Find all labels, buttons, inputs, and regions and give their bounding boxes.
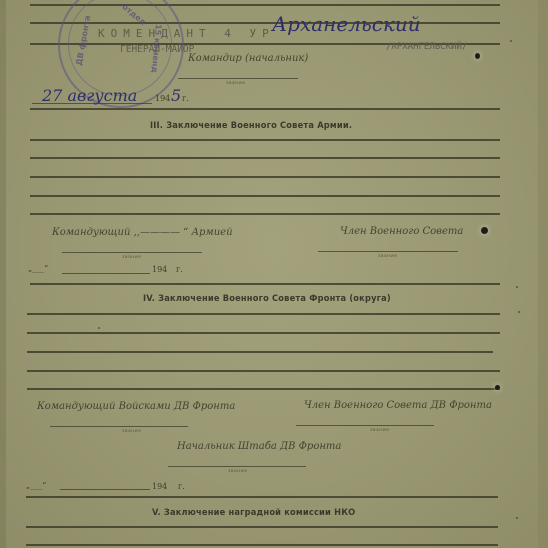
date-year-digit: 5 bbox=[171, 86, 181, 105]
commander-role-label: Командир (начальник) bbox=[188, 53, 308, 64]
rank-caption: звание bbox=[228, 469, 247, 474]
commander-signature: Арханельский bbox=[272, 12, 421, 36]
rank-caption: звание bbox=[122, 255, 141, 260]
signature-line bbox=[50, 426, 188, 427]
form-line bbox=[26, 526, 498, 528]
paper-speck bbox=[516, 286, 518, 288]
date-placeholder: „___“ bbox=[28, 264, 48, 273]
paper-speck bbox=[516, 517, 518, 519]
army-commander-label: Командующий ,,———— “ Армией bbox=[52, 227, 233, 238]
signature-line bbox=[62, 252, 202, 253]
form-line bbox=[26, 496, 498, 498]
form-line bbox=[30, 195, 500, 197]
form-line bbox=[27, 388, 500, 390]
signature-line bbox=[168, 466, 306, 467]
form-line bbox=[27, 351, 493, 353]
form-line bbox=[30, 157, 500, 159]
signature-line bbox=[296, 425, 434, 426]
form-line bbox=[27, 370, 500, 372]
date-line bbox=[60, 489, 150, 490]
form-line bbox=[30, 108, 500, 110]
date-line bbox=[62, 273, 150, 274]
typed-rank: ГЕНЕРАЛ-МАЙОР bbox=[120, 44, 194, 55]
page-edge-left bbox=[0, 0, 6, 548]
army-council-member-label: Член Военного Совета bbox=[340, 226, 463, 237]
date-line bbox=[32, 103, 152, 104]
date-year: 194 bbox=[152, 265, 167, 274]
form-line bbox=[30, 283, 500, 285]
rank-caption: звание bbox=[122, 429, 141, 434]
form-line bbox=[30, 213, 500, 215]
signature-line bbox=[318, 251, 458, 252]
award-sheet-page: ДВ фронта 15 коменд отдел КОМЕНДАНТ 4 УР… bbox=[0, 0, 548, 548]
paper-speck bbox=[98, 327, 100, 329]
front-chief-of-staff-label: Начальник Штаба ДВ Фронта bbox=[177, 441, 341, 452]
date-placeholder: „___“ bbox=[26, 481, 46, 490]
date-suffix: г. bbox=[176, 265, 183, 274]
section-3-heading: III. Заключение Военного Совета Армии. bbox=[150, 121, 352, 131]
paper-hole bbox=[495, 385, 500, 390]
typed-surname: /АРХАНГЕЛЬСКИЙ/ bbox=[386, 42, 467, 52]
date-suffix: г. bbox=[182, 94, 189, 103]
typed-position: КОМЕНДАНТ 4 УР bbox=[98, 27, 275, 40]
date-suffix: г. bbox=[178, 482, 185, 491]
form-line bbox=[27, 332, 500, 334]
form-line bbox=[27, 313, 500, 315]
section-5-heading: V. Заключение наградной комиссии НКО bbox=[152, 508, 355, 518]
rank-caption: звание bbox=[378, 254, 397, 259]
form-line bbox=[30, 139, 500, 141]
front-council-member-label: Член Военного Совета ДВ Фронта bbox=[304, 400, 492, 411]
section-4-heading: IV. Заключение Военного Совета Фронта (о… bbox=[143, 294, 391, 304]
paper-speck bbox=[518, 311, 520, 313]
rank-caption: звание bbox=[370, 428, 389, 433]
form-line bbox=[26, 544, 498, 546]
paper-hole bbox=[481, 227, 488, 234]
paper-hole bbox=[475, 53, 480, 59]
front-commander-label: Командующий Войсками ДВ Фронта bbox=[37, 401, 235, 412]
rank-caption: звание bbox=[226, 81, 245, 86]
paper-speck bbox=[510, 40, 512, 42]
page-edge-right bbox=[538, 0, 548, 548]
date-year: 194 bbox=[152, 482, 167, 491]
date-year-prefix: 194 bbox=[155, 94, 170, 103]
form-line bbox=[30, 176, 500, 178]
rank-line bbox=[178, 78, 298, 79]
